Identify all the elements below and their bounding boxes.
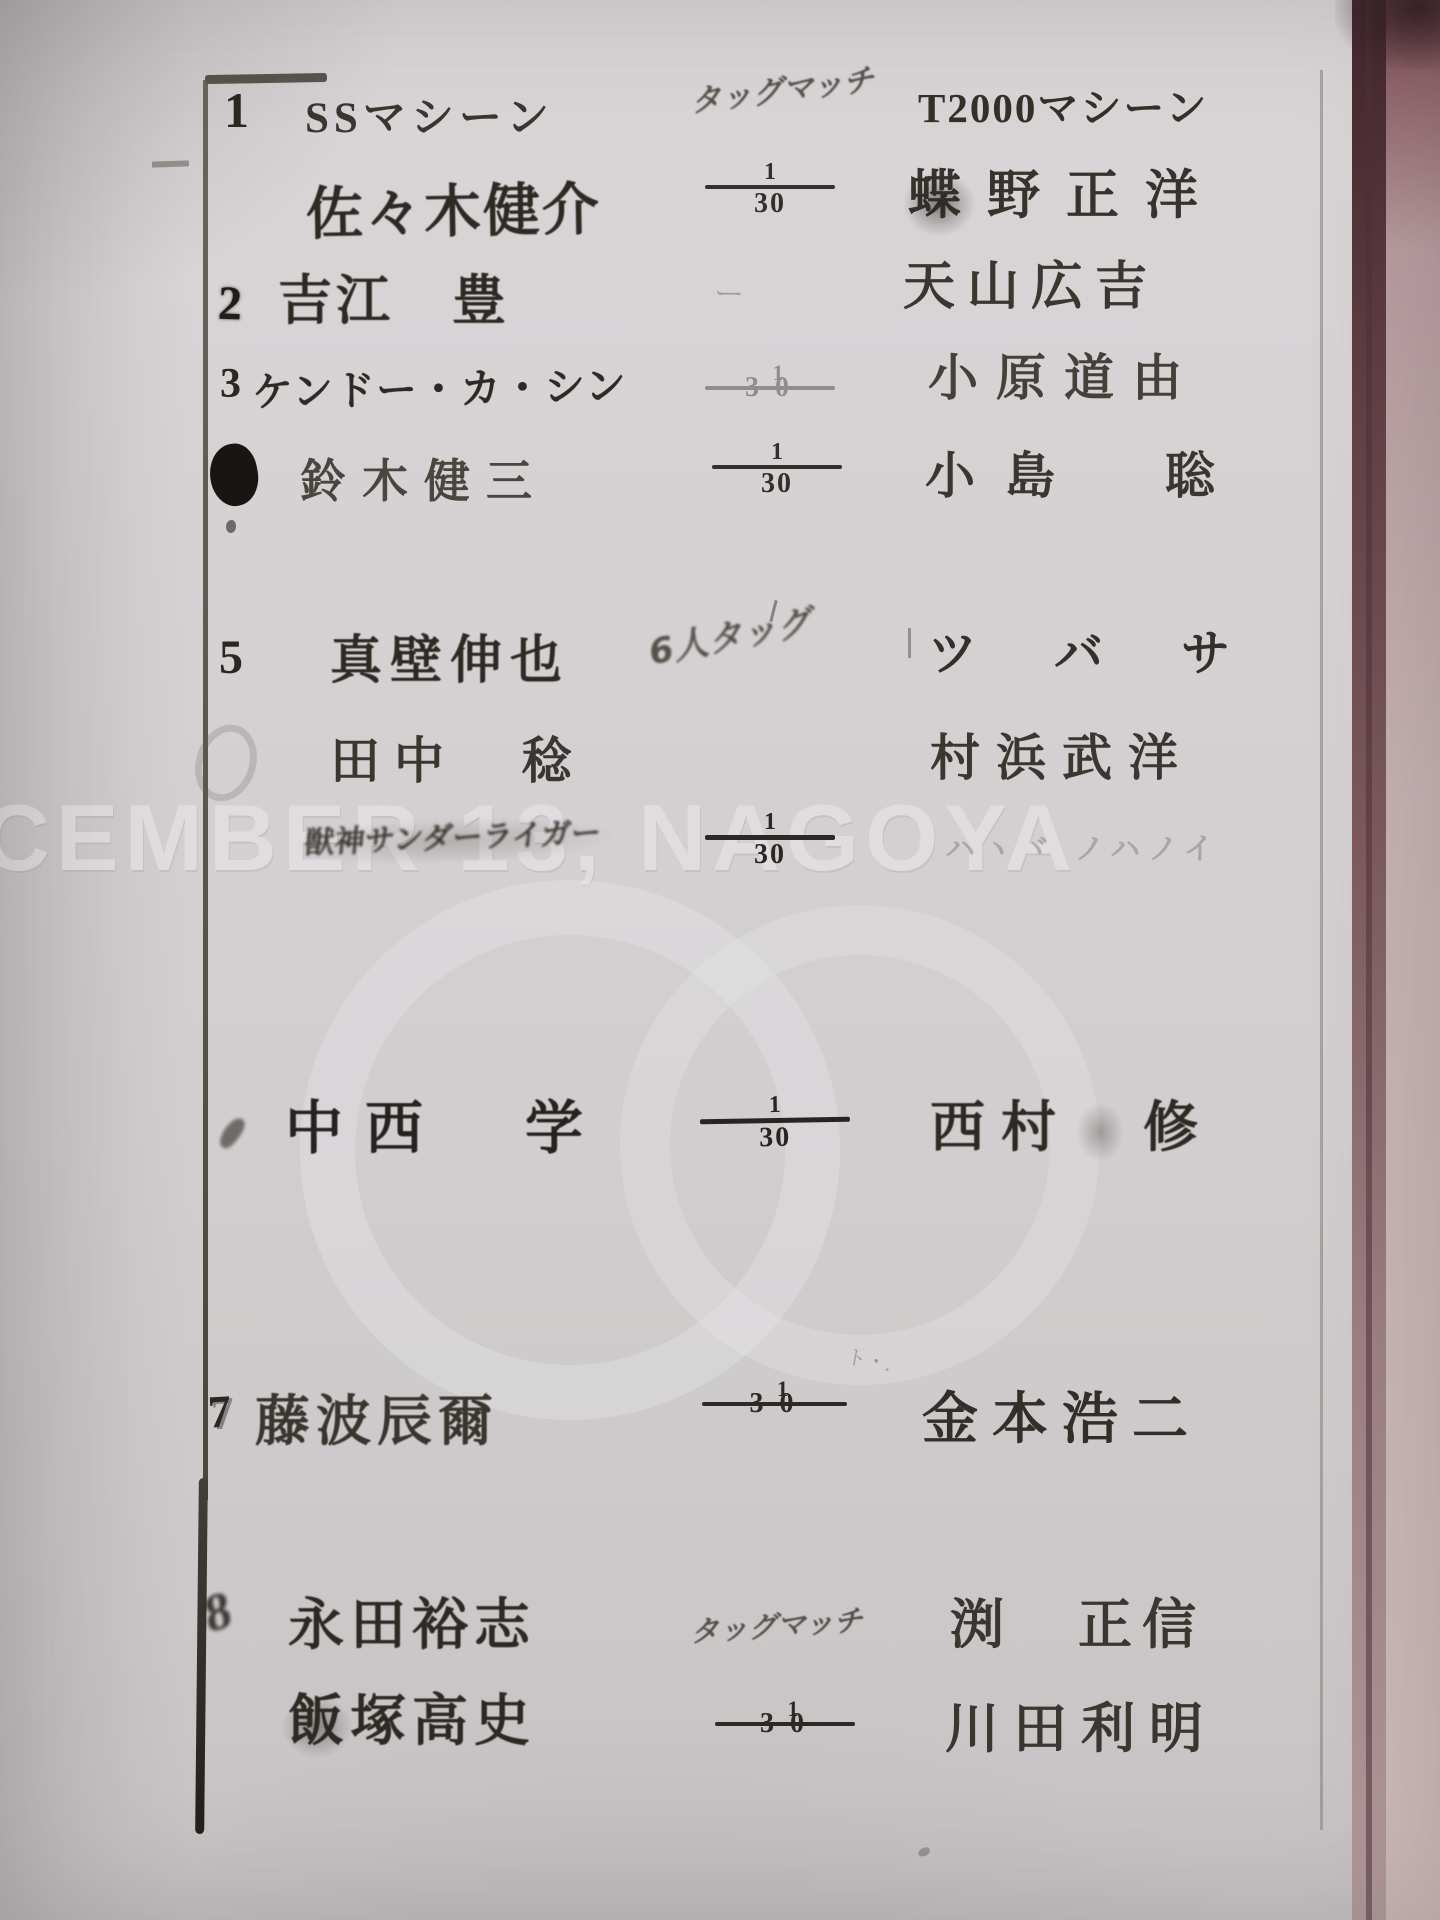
page-edge-dark-line xyxy=(1366,0,1372,1920)
match-6-right-name-1: 西村 修 xyxy=(930,1096,1214,1159)
time-numerator: 1 xyxy=(705,810,835,834)
table-border-left-lower xyxy=(195,1478,208,1834)
match-1-left-name-1: SSマシーン xyxy=(305,94,554,143)
match-6-number-smudge xyxy=(215,1115,249,1152)
match-4-number-ink-blot xyxy=(204,440,264,511)
match-2-number: 2 xyxy=(217,276,243,332)
page-corner-shadow xyxy=(1335,0,1440,70)
match-5-left-name-2: 田中 稔 xyxy=(330,733,586,791)
match-8-note-handwritten: タッグマッチ xyxy=(689,1604,864,1649)
ink-smudge xyxy=(282,1696,352,1758)
match-4-time-fraction: 1 30 xyxy=(712,440,842,498)
match-5-right-name-3-faded: ハヽヾ ノハノイ xyxy=(945,833,1221,868)
match-7-left-name-1: 藤波辰爾 xyxy=(255,1390,499,1453)
column-tick xyxy=(908,628,911,658)
time-numerator: 1 xyxy=(710,1378,855,1400)
match-1-note-handwritten: タッグマッチ xyxy=(689,63,877,121)
match-4-left-name-1: 鈴木健三 xyxy=(300,456,548,509)
match-1-left-name-2: 佐々木健介 xyxy=(305,177,601,248)
match-1-right-name-1: T2000マシーン xyxy=(918,85,1209,132)
match-3-number: 3 xyxy=(220,360,241,408)
time-numerator: 1 xyxy=(699,1092,849,1119)
ink-smudge xyxy=(903,172,975,236)
time-numerator: 1 xyxy=(712,440,842,464)
match-5-left-name-1: 真壁伸也 xyxy=(330,632,570,692)
time-denominator: 30 xyxy=(712,470,842,498)
time-denominator: 30 xyxy=(705,190,835,218)
match-1-number: 1 xyxy=(224,82,249,140)
match-6-time-fraction: 1 30 xyxy=(699,1092,850,1154)
time-numerator: 1 xyxy=(705,160,835,184)
match-3-time-fraction: 1 30 xyxy=(705,362,835,402)
match-5-time-fraction: 1 30 xyxy=(705,810,835,869)
match-5-right-name-1: ツバサ xyxy=(928,626,1308,682)
match-7-time-fraction: 1 30 xyxy=(702,1378,847,1418)
match-8-right-name-1: 渕 正信 xyxy=(950,1594,1206,1656)
match-5-right-name-2: 村浜武洋 xyxy=(930,730,1194,788)
match-5-number: 5 xyxy=(219,630,243,685)
match-8-left-name-1: 永田裕志 xyxy=(288,1594,536,1658)
time-denominator: 30 xyxy=(700,1123,850,1154)
match-5-note-handwritten: 6人タッグ xyxy=(646,603,815,674)
ink-drip xyxy=(226,520,236,533)
match-1-time-fraction: 1 30 xyxy=(705,160,835,218)
match-7-number: 7 xyxy=(207,1385,233,1439)
match-2-center-mark: ー xyxy=(713,277,745,314)
match-8-time-fraction: 1 30 xyxy=(715,1698,855,1738)
match-2-left-name-1: 吉江 豊 xyxy=(278,270,510,332)
match-4-right-name-1: 小島 聡 xyxy=(925,448,1245,506)
match-6-left-name-1: 中西 学 xyxy=(285,1096,605,1163)
match-8-right-name-2: 川田利明 xyxy=(945,1698,1217,1760)
paper-speck xyxy=(917,1846,931,1858)
match-3-left-name-1: ケンドー・カ・シン xyxy=(252,363,628,417)
table-border-right xyxy=(1320,70,1323,1830)
ink-smudge xyxy=(1076,1102,1124,1162)
match-2-right-name-1: 天山広吉 xyxy=(903,258,1159,318)
page-edge-pink-band xyxy=(1386,0,1440,1920)
table-border-tick xyxy=(152,160,189,167)
time-numerator: 1 xyxy=(723,1698,863,1720)
match-3-right-name-1: 小原道由 xyxy=(928,350,1200,408)
time-numerator: 1 xyxy=(713,362,843,384)
photo-of-match-card: CEMBER 13, NAGOYA 1 SSマシーン タッグマッチ T2000マ… xyxy=(0,0,1440,1920)
time-denominator: 30 xyxy=(705,841,835,869)
match-7-right-name-1: 金本浩二 xyxy=(922,1388,1202,1452)
